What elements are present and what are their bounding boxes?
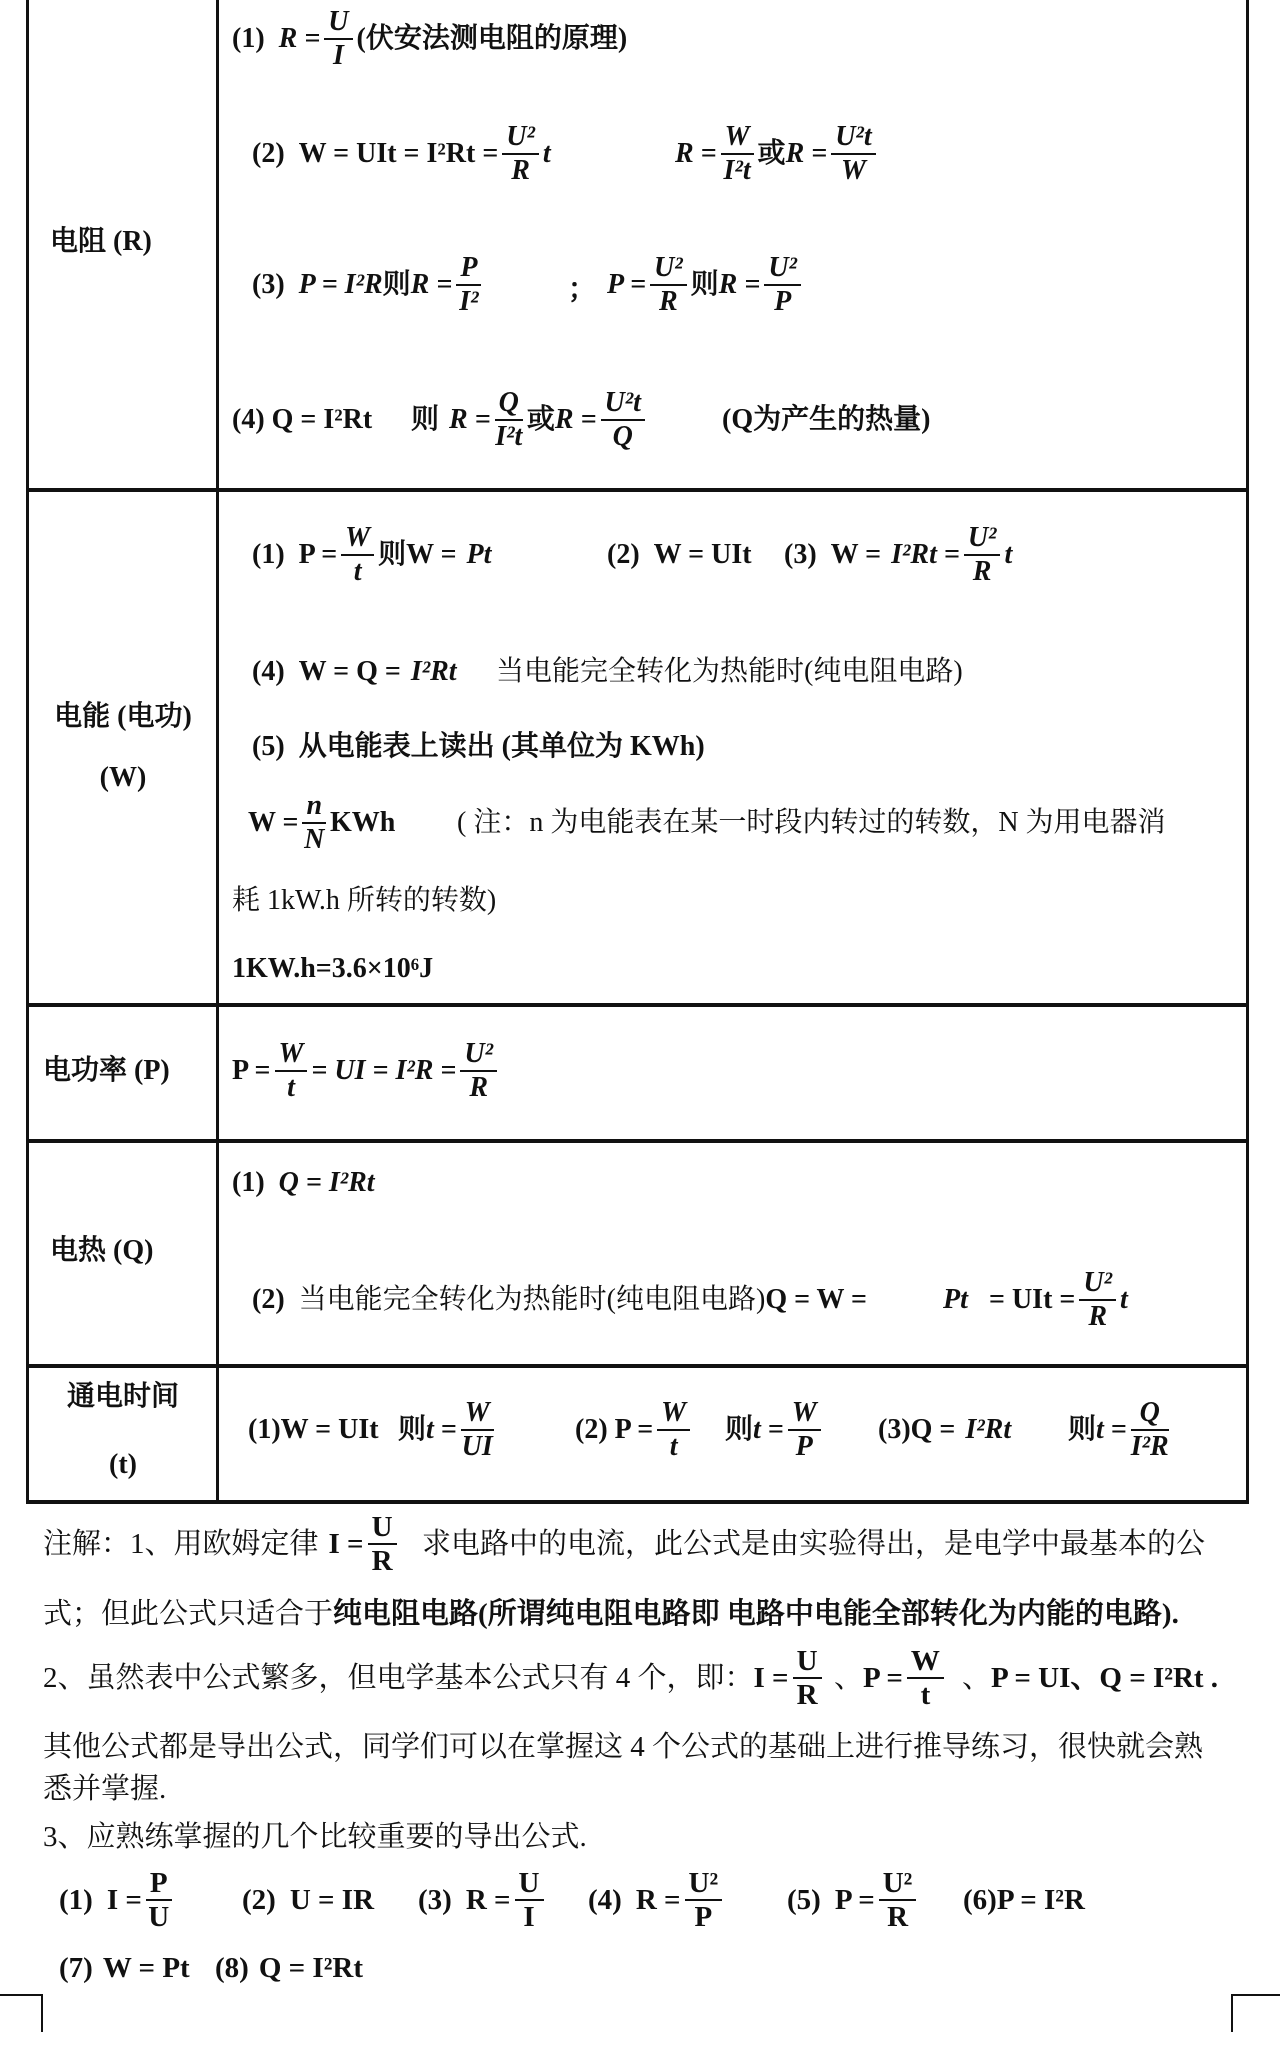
math-text: P = <box>299 538 338 572</box>
math-text: I²Rt <box>965 1413 1011 1447</box>
formula-line: R = WI²t 或 R = U²tW <box>675 121 880 187</box>
numerator: W <box>907 1645 944 1679</box>
math-text: Q = I²Rt <box>279 1166 375 1200</box>
formula-line: (1) Q = I²Rt <box>232 1166 375 1200</box>
fraction: Wt <box>341 522 374 588</box>
annotation-text: 从电能表上读出 (其单位为 KWh) <box>299 730 705 764</box>
denominator: P <box>788 1431 821 1463</box>
denominator: UI <box>461 1431 494 1463</box>
denominator: I <box>515 1901 544 1933</box>
fraction: UI <box>324 6 352 72</box>
math-text: R = <box>411 268 453 302</box>
math-text: t <box>1004 538 1012 572</box>
table-border-bottom <box>26 1500 1249 1504</box>
fraction: UR <box>793 1645 822 1711</box>
denominator: t <box>907 1679 944 1711</box>
connector-text: 或 <box>527 403 555 437</box>
note-text: 式；但此公式只适合于 <box>43 1597 333 1631</box>
denominator: P <box>764 286 801 318</box>
math-text: I²Rt <box>411 655 457 689</box>
formula-line: (1) P = Wt 则 W = Pt <box>252 522 491 588</box>
connector-text: 则 <box>378 538 406 572</box>
item-number: (3) <box>252 268 285 302</box>
annotation-text: 当电能完全转化为热能时(纯电阻电路) <box>299 1283 766 1317</box>
numerator: W <box>275 1038 308 1072</box>
math-text: W = UIt <box>654 538 752 572</box>
math-text: t = <box>426 1413 457 1447</box>
row-label: 电功率 (P) <box>43 1051 170 1091</box>
row-label: 电能 (电功) <box>29 697 217 737</box>
math-text: t <box>1120 1283 1128 1317</box>
item-number: (1) <box>59 1883 93 1917</box>
item-number: (1) <box>232 22 265 56</box>
denominator: I²t <box>721 155 754 187</box>
numerator: U² <box>1079 1267 1116 1301</box>
fraction: U²R <box>879 1867 917 1933</box>
derived-formula: (5) P = U²R <box>787 1867 920 1933</box>
item-number: (8) <box>215 1951 249 1985</box>
denominator: R <box>1079 1301 1116 1333</box>
fraction: Wt <box>275 1038 308 1104</box>
math-text: W = UIt = I²Rt = <box>299 137 499 171</box>
derived-formula: (8) Q = I²Rt <box>215 1951 363 1985</box>
fraction: WI²t <box>721 121 754 187</box>
formula-line: W = nN KWh <box>248 790 395 856</box>
math-text: (2) P = <box>575 1413 653 1447</box>
formula-line: Pt <box>943 1283 968 1317</box>
row-electric-heat: 电热 (Q) (1) Q = I²Rt (2) 当电能完全转化为热能时(纯电阻电… <box>0 1143 1280 1364</box>
note-line: 3、应熟练掌握的几个比较重要的导出公式. <box>43 1820 587 1854</box>
denominator: N <box>302 824 326 856</box>
math-text: R = <box>449 403 491 437</box>
item-number: (4) <box>588 1883 622 1917</box>
connector-text: 则 <box>1068 1413 1096 1447</box>
denominator: Q <box>601 421 645 453</box>
separator-text: ； <box>568 273 596 307</box>
fraction: U²R <box>460 1038 497 1104</box>
note-line: 注解：1、用欧姆定律 I = UR <box>43 1511 401 1577</box>
row-label: 电阻 (R) <box>50 222 152 262</box>
numerator: U <box>793 1645 822 1679</box>
note-text: 悉并掌握. <box>43 1772 166 1806</box>
math-text: R = <box>675 137 717 171</box>
formula-line: (2) 当电能完全转化为热能时(纯电阻电路) Q = W = <box>252 1283 867 1317</box>
math-text: W = <box>831 538 881 572</box>
numerator: P <box>146 1867 172 1901</box>
fraction: WUI <box>461 1397 494 1463</box>
item-number: (6) <box>963 1883 997 1917</box>
formula-line: (2) W = UIt <box>607 538 752 572</box>
math-text: W = Q = <box>299 655 401 689</box>
numerator: U² <box>685 1867 723 1901</box>
note-text: ( 注：n 为电能表在某一时段内转过的转数，N 为用电器消 <box>457 806 1166 840</box>
derived-formula: (7) W = Pt <box>59 1951 190 1985</box>
formula-line: = UIt = U²R t <box>989 1267 1128 1333</box>
formula-line: (1)W = UIt <box>248 1413 379 1447</box>
row-label: 通电时间 <box>29 1377 217 1417</box>
fraction: PU <box>146 1867 172 1933</box>
note-text: 3、应熟练掌握的几个比较重要的导出公式. <box>43 1820 587 1854</box>
fraction: U²R <box>964 522 1001 588</box>
math-text: I = <box>754 1661 789 1695</box>
note-text: 、 <box>962 1661 991 1695</box>
note-line: 其他公式都是导出公式，同学们可以在掌握这 4 个公式的基础上进行推导练习，很快就… <box>43 1730 1203 1764</box>
row-label-symbol: (t) <box>29 1445 217 1485</box>
note-line: 式；但此公式只适合于 纯电阻电路(所谓纯电阻电路即 电路中电能全部转化为内能的电… <box>43 1597 1179 1631</box>
denominator: t <box>341 556 374 588</box>
math-text: W = <box>248 806 298 840</box>
denominator: W <box>831 155 875 187</box>
formula-line: (3) W = I²Rt = U²R t <box>784 522 1012 588</box>
row-electric-energy: 电能 (电功) (W) (1) P = Wt 则 W = Pt (2) W = … <box>0 492 1280 1003</box>
math-text: t = <box>1096 1413 1127 1447</box>
denominator: I²t <box>495 421 523 453</box>
fraction: U²R <box>1079 1267 1116 1333</box>
item-number: (7) <box>59 1951 93 1985</box>
formula-line: (2) W = UIt = I²Rt = U²R t <box>252 121 551 187</box>
note-text: 注解：1、用欧姆定律 <box>43 1527 319 1561</box>
connector-text: 则 <box>725 1413 753 1447</box>
math-text: P = I²R <box>299 268 383 302</box>
semicolon: ； <box>568 273 596 307</box>
formula-line: 则 t = WP <box>725 1397 825 1463</box>
annotation-line: (Q为产生的热量) <box>722 403 930 437</box>
math-text: I²Rt = <box>891 538 960 572</box>
formula-line: (2) P = Wt <box>575 1397 694 1463</box>
denominator: P <box>685 1901 723 1933</box>
fraction: Wt <box>907 1645 944 1711</box>
math-text: P = <box>232 1054 271 1088</box>
note-line: 、 P = Wt <box>834 1645 948 1711</box>
note-line: ( 注：n 为电能表在某一时段内转过的转数，N 为用电器消 <box>457 806 1166 840</box>
fraction: QI²R <box>1131 1397 1169 1463</box>
math-text: R = <box>279 22 321 56</box>
item-number: (1) <box>232 1166 265 1200</box>
fraction: PI² <box>456 252 481 318</box>
fraction: U²R <box>650 252 687 318</box>
connector-text: 则 <box>411 403 439 437</box>
numerator: U² <box>502 121 539 155</box>
fraction: Wt <box>657 1397 690 1463</box>
formula-line: P = Wt = UI = I²R = U²R <box>232 1038 501 1104</box>
numerator: U² <box>460 1038 497 1072</box>
formula-line: 则 R = QI²t 或 R = U²tQ <box>411 387 649 453</box>
numerator: U <box>368 1511 397 1545</box>
denominator: I <box>324 40 352 72</box>
derived-formula: (6) P = I²R <box>963 1883 1085 1917</box>
annotation-text: (Q为产生的热量) <box>722 403 930 437</box>
numerator: W <box>657 1397 690 1431</box>
formula-line: 则 t = WUI <box>398 1397 498 1463</box>
note-line: 、 P = UI、Q = I²Rt . <box>962 1661 1218 1695</box>
numerator: U² <box>964 522 1001 556</box>
math-text: U = IR <box>290 1883 374 1917</box>
math-text: I = <box>107 1883 142 1917</box>
denominator: R <box>460 1072 497 1104</box>
row-label: 电热 (Q) <box>50 1231 153 1271</box>
denominator: I²R <box>1131 1431 1169 1463</box>
formula-line: 1KW.h=3.6×10⁶J <box>232 952 433 986</box>
note-text: 、 <box>834 1661 863 1695</box>
note-line: 求电路中的电流，此公式是由实验得出，是电学中最基本的公 <box>422 1527 1205 1561</box>
math-text: I = <box>329 1527 364 1561</box>
math-text: R = <box>636 1883 681 1917</box>
item-number: (1) <box>252 538 285 572</box>
math-text: (4) Q = I²Rt <box>232 403 372 437</box>
numerator: U² <box>650 252 687 286</box>
denominator: R <box>964 556 1001 588</box>
row-label-symbol: (W) <box>29 758 217 798</box>
fraction: UI <box>515 1867 544 1933</box>
item-number: (2) <box>607 538 640 572</box>
numerator: P <box>456 252 481 286</box>
numerator: U² <box>764 252 801 286</box>
note-text: 耗 1kW.h 所转的转数) <box>232 884 496 918</box>
formula-line: P = U²R 则 R = U²P <box>607 252 805 318</box>
formula-line: (5) 从电能表上读出 (其单位为 KWh) <box>252 730 705 764</box>
math-text: P = <box>835 1883 875 1917</box>
conversion-text: 1KW.h=3.6×10⁶J <box>232 952 433 986</box>
item-number: (2) <box>242 1883 276 1917</box>
numerator: U²t <box>831 121 875 155</box>
item-number: (4) <box>252 655 285 689</box>
fraction: QI²t <box>495 387 523 453</box>
fraction: nN <box>302 790 326 856</box>
denominator: R <box>502 155 539 187</box>
math-text: Pt <box>467 538 492 572</box>
math-text: Pt <box>943 1283 968 1317</box>
math-text: P = UI、Q = I²Rt . <box>991 1661 1218 1695</box>
math-text: P = <box>863 1661 903 1695</box>
derived-formula: (3) R = UI <box>418 1867 548 1933</box>
math-text: (1)W = UIt <box>248 1413 379 1447</box>
math-text: = UIt = <box>989 1283 1075 1317</box>
page-corner-mark-left <box>0 1994 43 2032</box>
denominator: R <box>879 1901 917 1933</box>
derived-formula: (2) U = IR <box>242 1883 374 1917</box>
note-text: 其他公式都是导出公式，同学们可以在掌握这 4 个公式的基础上进行推导练习，很快就… <box>43 1730 1203 1764</box>
denominator: R <box>793 1679 822 1711</box>
math-text: W = <box>406 538 456 572</box>
item-number: (2) <box>252 137 285 171</box>
numerator: W <box>788 1397 821 1431</box>
connector-text: 则 <box>691 268 719 302</box>
unit-text: KWh <box>330 806 395 840</box>
fraction: U²P <box>764 252 801 318</box>
item-number: (2) <box>252 1283 285 1317</box>
numerator: Q <box>1131 1397 1169 1431</box>
math-text: R = <box>555 403 597 437</box>
item-number: (3) <box>784 538 817 572</box>
math-text: (3)Q = <box>878 1413 955 1447</box>
derived-formula: (1) I = PU <box>59 1867 176 1933</box>
numerator: U <box>515 1867 544 1901</box>
item-number: (5) <box>787 1883 821 1917</box>
math-text: R = <box>719 268 761 302</box>
denominator: R <box>368 1545 397 1577</box>
math-text: R = <box>466 1883 511 1917</box>
note-line: 耗 1kW.h 所转的转数) <box>232 884 496 918</box>
numerator: W <box>341 522 374 556</box>
annotation-line: 当电能完全转化为热能时(纯电阻电路) <box>496 655 963 689</box>
fraction: U²tW <box>831 121 875 187</box>
denominator: R <box>650 286 687 318</box>
math-text: P = <box>607 268 646 302</box>
math-text: t <box>543 137 551 171</box>
connector-text: 则 <box>383 268 411 302</box>
formula-line: (4) Q = I²Rt <box>232 403 372 437</box>
annotation-text: 当电能完全转化为热能时(纯电阻电路) <box>496 655 963 689</box>
formula-line: (1) R = UI (伏安法测电阻的原理) <box>232 6 627 72</box>
math-text: t = <box>753 1413 784 1447</box>
math-text: R = <box>786 137 828 171</box>
note-text-emphasis: 纯电阻电路(所谓纯电阻电路即 电路中电能全部转化为内能的电路). <box>333 1597 1179 1631</box>
numerator: U <box>324 6 352 40</box>
item-number: (3) <box>418 1883 452 1917</box>
math-text: W = Pt <box>103 1951 190 1985</box>
math-text: = UI = I²R = <box>311 1054 456 1088</box>
row-electric-power: 电功率 (P) P = Wt = UI = I²R = U²R <box>0 1007 1280 1139</box>
fraction: WP <box>788 1397 821 1463</box>
row-power-on-time: 通电时间 (t) (1)W = UIt 则 t = WUI (2) P = Wt… <box>0 1368 1280 1500</box>
numerator: W <box>721 121 754 155</box>
note-line: 2、虽然表中公式繁多，但电学基本公式只有 4 个，即： I = UR <box>43 1645 826 1711</box>
math-text: Q = I²Rt <box>259 1951 363 1985</box>
formula-line: (3) P = I²R 则 R = PI² <box>252 252 485 318</box>
derived-formula: (4) R = U²P <box>588 1867 726 1933</box>
math-text: Q = W = <box>765 1283 867 1317</box>
formula-line: 则 t = QI²R <box>1068 1397 1173 1463</box>
connector-text: 则 <box>398 1413 426 1447</box>
annotation-text: (伏安法测电阻的原理) <box>357 22 628 56</box>
formula-line: (3)Q = I²Rt <box>878 1413 1011 1447</box>
fraction: U²tQ <box>601 387 645 453</box>
denominator: U <box>146 1901 172 1933</box>
note-text: 2、虽然表中公式繁多，但电学基本公式只有 4 个，即： <box>43 1661 754 1695</box>
numerator: U²t <box>601 387 645 421</box>
numerator: Q <box>495 387 523 421</box>
numerator: U² <box>879 1867 917 1901</box>
math-text: P = I²R <box>997 1883 1085 1917</box>
fraction: UR <box>368 1511 397 1577</box>
row-resistance: 电阻 (R) (1) R = UI (伏安法测电阻的原理) (2) W = UI… <box>0 0 1280 488</box>
numerator: W <box>461 1397 494 1431</box>
denominator: t <box>275 1072 308 1104</box>
item-number: (5) <box>252 730 285 764</box>
note-text: 求电路中的电流，此公式是由实验得出，是电学中最基本的公 <box>422 1527 1205 1561</box>
note-line: 悉并掌握. <box>43 1772 166 1806</box>
fraction: U²P <box>685 1867 723 1933</box>
page-corner-mark-right <box>1231 1994 1280 2032</box>
fraction: U²R <box>502 121 539 187</box>
denominator: t <box>657 1431 690 1463</box>
numerator: n <box>302 790 326 824</box>
formula-line: (4) W = Q = I²Rt <box>252 655 457 689</box>
connector-text: 或 <box>758 137 786 171</box>
denominator: I² <box>456 286 481 318</box>
